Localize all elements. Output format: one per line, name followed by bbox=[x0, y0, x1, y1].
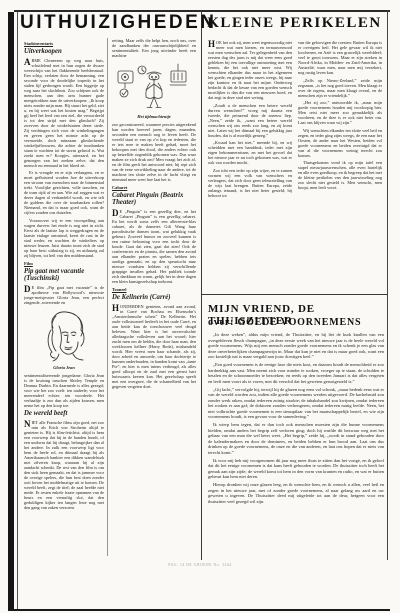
center-column-divider bbox=[201, 10, 202, 560]
left-column: StadsinventarisUitverkoopenARME Chineeze… bbox=[24, 38, 104, 558]
drop-cap: D bbox=[112, 209, 120, 217]
article-heading: Cabaret Pinguin (Beatrix Theater) bbox=[112, 192, 196, 207]
perikelen-column-right: van die geloovigen die roesten: Buiten E… bbox=[298, 40, 382, 292]
paragraph: Zoo tobt een ieder op zijn wijze, en te … bbox=[208, 168, 292, 198]
paragraph: DE „Pinguin” is een gezellig dier, en he… bbox=[112, 209, 196, 284]
section-label: Stadsinventaris bbox=[24, 41, 104, 46]
middle-column: retting. Maar zelfs die helpt hen, noch … bbox=[112, 38, 196, 558]
section-label: Tooneel bbox=[112, 287, 196, 292]
paragraph: „Zelfs op Nieuw-Zeeland,” zeide mijn zeg… bbox=[298, 78, 382, 98]
article-heading: Pip gaat met vacantie (Tuschinski) bbox=[24, 268, 104, 283]
paragraph: ARME Chineezen op weg naar huis, schuife… bbox=[24, 58, 104, 168]
newspaper-page: UITHUIZIGHEDEN KLEINE PERIKELEN Stadsinv… bbox=[0, 0, 400, 613]
paragraph: zoo geconstrueerd, waarmee precies uitge… bbox=[112, 122, 196, 182]
paragraph: „In deze weken”, aldus mijn vriend, de T… bbox=[208, 332, 384, 360]
paragraph: „Zoudt u de menschen een betere wereld d… bbox=[208, 103, 292, 138]
paragraph: DE film „Pip gaat met vacantie” is de ap… bbox=[24, 285, 104, 305]
drop-cap: N bbox=[24, 420, 32, 428]
portrait-illustration bbox=[29, 308, 99, 364]
gloria-jean-portrait: Gloria Jean bbox=[24, 308, 104, 370]
paragraph: „Gij lacht,” vervolgde hij, terwijl hij … bbox=[208, 387, 384, 420]
paragraph: Voorzoover wij er een voorspelling aan w… bbox=[24, 218, 104, 258]
frame-left-rule bbox=[17, 10, 18, 611]
section-title-uithuizigheden: UITHUIZIGHEDEN bbox=[20, 12, 200, 34]
drop-cap: H bbox=[208, 40, 216, 48]
paragraph: Ik voor mij heb mij voorgenomen dit jaar… bbox=[208, 458, 384, 480]
cartoon-caption: Het tijdmachientje bbox=[112, 114, 196, 119]
frame-bottom-rule bbox=[8, 609, 390, 611]
scan-edge-bar bbox=[8, 12, 14, 611]
paragraph: HOE het ook zij, men weet tegenwoordig n… bbox=[208, 40, 292, 100]
right-section-divider bbox=[202, 294, 387, 295]
perikelen-column-left: HOE het ook zij, men weet tegenwoordig n… bbox=[208, 40, 292, 292]
paragraph: „Het zij zoo,” antwoordde ik, „maar mijn… bbox=[298, 100, 382, 125]
paragraph: NIET alle Fransche films zijn goed, net … bbox=[24, 420, 104, 510]
paragraph: Hierop dronken wij onze glazen leeg, en … bbox=[208, 482, 384, 504]
paragraph: Er is vreugde en er zijn verlangens, en … bbox=[24, 170, 104, 215]
paragraph: retting. Maar zelfs die helpt hen, noch … bbox=[112, 38, 196, 58]
left-columns-divider bbox=[107, 38, 108, 556]
article-subtitle-goede-voornemens: over: GOEDE VOORNEMENS bbox=[208, 317, 386, 328]
section-title-kleine-perikelen: KLEINE PERIKELEN bbox=[203, 15, 386, 32]
drop-cap: A bbox=[24, 58, 32, 66]
cartoon-illustration bbox=[114, 61, 194, 113]
paragraph: „Kwaad kan het niet,” meende hij, en wij… bbox=[208, 140, 292, 165]
paragraph: Thuisgekomen vond ik op mijn tafel een s… bbox=[298, 160, 382, 190]
paragraph: HONDERDEN genieten, avond aan avond, in … bbox=[112, 304, 196, 389]
frame-right-rule bbox=[387, 10, 388, 560]
article-heading: De Kellnerin (Carré) bbox=[112, 294, 196, 301]
article-heading: De wereld beeft bbox=[24, 410, 104, 417]
portrait-caption: Gloria Jean bbox=[24, 365, 104, 370]
drop-cap: H bbox=[112, 304, 120, 312]
drop-cap: D bbox=[24, 285, 32, 293]
page-footer: PAG. 14 DE GROENE No. 3264 bbox=[130, 563, 270, 567]
paragraph: sentimentaliseerende jongedame. Gloria J… bbox=[24, 373, 104, 408]
paragraph: „Een goed voornemen is de eenige luxe di… bbox=[208, 362, 384, 384]
paragraph: Ik wierp hem tegen, dat er dan toch ook … bbox=[208, 422, 384, 455]
section-label: Cabaret bbox=[112, 185, 196, 190]
paragraph: Wij wenschten elkander ten slotte veel h… bbox=[298, 128, 382, 158]
section-label: Film bbox=[24, 261, 104, 266]
thuiszitter-body: „In deze weken”, aldus mijn vriend, de T… bbox=[208, 332, 384, 558]
paragraph: van die geloovigen die roesten: Buiten E… bbox=[298, 40, 382, 75]
article-heading: Uitverkoopen bbox=[24, 48, 104, 55]
time-machine-cartoon: Het tijdmachientje bbox=[112, 61, 196, 119]
